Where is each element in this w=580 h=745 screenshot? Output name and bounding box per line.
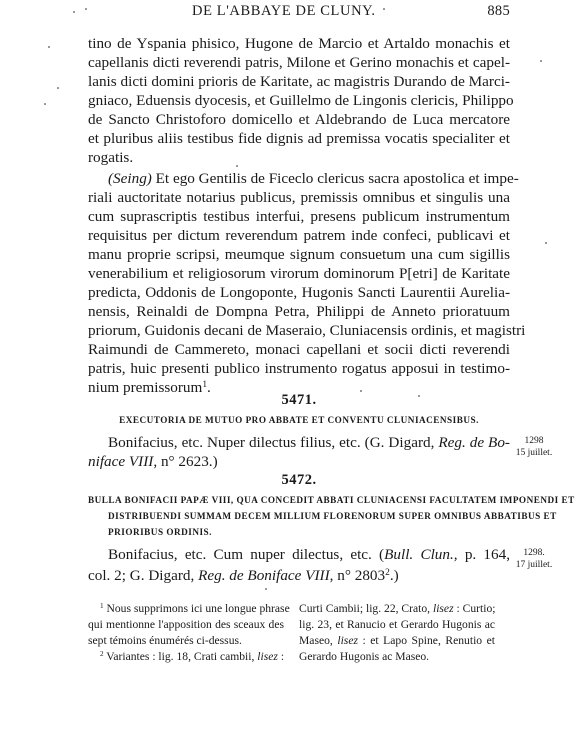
document-number: 5471. (88, 392, 510, 409)
text-line: cum suprascriptis testibus interfui, pre… (88, 207, 510, 226)
text-span: Et ego Gentilis de Ficeclo clericus sacr… (152, 170, 519, 187)
footnote-1-line: 1 Nous supprimons ici une longue phrase (100, 601, 284, 617)
text-line: Bonifacius, etc. Nuper dilectus filius, … (108, 433, 510, 452)
scan-speck (545, 242, 547, 244)
text-span: .) (390, 567, 399, 584)
text-line: capellanis dicti reverendi patris, Milon… (88, 53, 510, 72)
footnote-2-line: lig. 23, et Ranucio et Gerardo Hugonis a… (299, 617, 495, 633)
text-line: lanis dicti domini prioris de Karitate, … (88, 72, 510, 91)
margin-date-year: 1298. (508, 547, 560, 559)
text-line: gniaco, Eduensis dyocesis, et Guillelmo … (88, 91, 510, 110)
text-line: de Sancto Christoforo domicello et Aldeb… (88, 110, 510, 129)
scan-speck (85, 8, 87, 10)
text-span: Bonifacius, etc. Nuper dilectus filius, … (108, 434, 438, 451)
text-span: Maseo, (299, 634, 337, 647)
italic-span: Reg. de Boniface VIII (198, 567, 330, 584)
text-line: venerabilium et religiosorum virorum dom… (88, 264, 510, 283)
text-line: niface VIII, n° 2623.) (88, 452, 510, 471)
text-span: : (278, 650, 284, 663)
italic-span: lisez (337, 634, 358, 647)
footnote-1-line: sept témoins énumérés ci-dessus. (88, 633, 284, 649)
text-line: manu proprie scripsi, meumque signum con… (88, 245, 510, 264)
document-rubric: EXECUTORIA DE MUTUO PRO ABBATE ET CONVEN… (88, 412, 510, 428)
text-span: Variantes : lig. 18, Crati cambii, (104, 650, 258, 663)
scan-speck (48, 46, 50, 48)
text-span: , n° 2803 (330, 567, 385, 584)
document-number: 5472. (88, 472, 510, 489)
document-rubric: BULLA BONIFACII PAPÆ VIII, QUA CONCEDIT … (88, 492, 510, 508)
text-line: Bonifacius, etc. Cum nuper dilectus, etc… (108, 545, 510, 564)
text-line: nensis, Reinaldi de Dompna Petra, Philip… (88, 302, 510, 321)
margin-date-year: 1298 (508, 435, 560, 447)
page-number: 885 (487, 3, 510, 20)
text-line: requisitus per dictum reverendum patrem … (88, 226, 510, 245)
document-rubric: PRIORIBUS ORDINIS. (108, 524, 510, 540)
running-head: DE L'ABBAYE DE CLUNY. 885 (88, 3, 510, 23)
text-span: Curti Cambii; lig. 22, Crato, (299, 602, 433, 615)
text-span: : Curtio; (454, 602, 496, 615)
text-span: Nous supprimons ici une longue phrase (104, 602, 290, 615)
text-line: patris, huic presenti publico instrument… (88, 359, 510, 378)
margin-date-day: 15 juillet. (508, 447, 560, 459)
text-line: riali auctoritate notarius publicus, pre… (88, 188, 510, 207)
margin-date: 1298. 17 juillet. (508, 547, 560, 571)
text-span: Bonifacius, etc. Cum nuper dilectus, etc… (108, 546, 384, 563)
scan-speck (418, 395, 420, 397)
margin-date-day: 17 juillet. (508, 559, 560, 571)
scan-speck (73, 11, 75, 13)
text-line: (Seing) Et ego Gentilis de Ficeclo cleri… (108, 169, 510, 188)
italic-span: Bull. Clun. (384, 546, 454, 563)
text-line: Raimundi de Cammereto, monaci capellani … (88, 340, 510, 359)
italic-span: Reg. de Bo- (438, 434, 510, 451)
scan-speck (57, 87, 59, 89)
text-span: , p. 164, (454, 546, 510, 563)
footnote-2-line: Gerardo Hugonis ac Maseo. (299, 649, 495, 665)
text-line: predicta, Oddonis de Longoponte, Hugonis… (88, 283, 510, 302)
scan-speck (360, 390, 362, 392)
text-line: col. 2; G. Digard, Reg. de Boniface VIII… (88, 566, 510, 585)
italic-span: niface VIII (88, 453, 153, 470)
text-line: et pluribus aliis testibus fide dignis a… (88, 129, 510, 148)
footnote-2-line: Maseo, lisez : et Lapo Spine, Renutio et (299, 633, 495, 649)
running-head-title: DE L'ABBAYE DE CLUNY. (192, 3, 376, 20)
margin-date: 1298 15 juillet. (508, 435, 560, 459)
italic-span: lisez (257, 650, 278, 663)
footnote-2-line: 2 Variantes : lig. 18, Crati cambii, lis… (100, 649, 284, 665)
scan-speck (383, 8, 385, 10)
text-span: : et Lapo Spine, Renutio et (358, 634, 495, 647)
scan-speck (236, 165, 238, 167)
document-rubric: DISTRIBUENDI SUMMAM DECEM MILLIUM FLOREN… (108, 508, 510, 524)
scan-speck (44, 103, 46, 105)
footnote-2-line: Curti Cambii; lig. 22, Crato, lisez : Cu… (299, 601, 495, 617)
text-line: rogatis. (88, 148, 510, 167)
scan-speck (265, 588, 267, 590)
book-page: DE L'ABBAYE DE CLUNY. 885 tino de Yspani… (0, 0, 580, 745)
text-line: tino de Yspania phisico, Hugone de Marci… (88, 34, 510, 53)
seing-label: (Seing) (108, 170, 152, 187)
footnote-1-line: qui mentionne l'apposition des sceaux de… (88, 617, 284, 633)
text-line: priorum, Guidonis decani de Maseraio, Cl… (88, 321, 510, 340)
scan-speck (540, 60, 542, 62)
text-span: , n° 2623.) (153, 453, 217, 470)
text-span: col. 2; G. Digard, (88, 567, 198, 584)
italic-span: lisez (433, 602, 454, 615)
